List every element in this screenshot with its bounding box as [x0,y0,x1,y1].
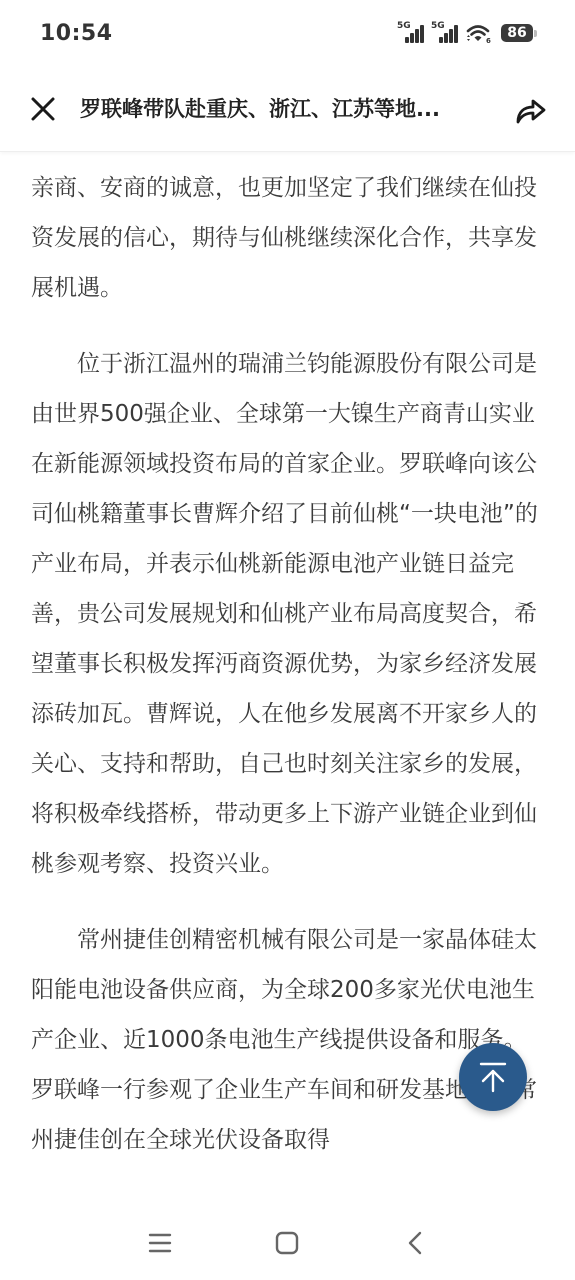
share-button[interactable] [514,94,548,126]
app-header: 罗联峰带队赴重庆、浙江、江苏等地... [0,66,575,152]
svg-text:6: 6 [486,37,491,44]
article-paragraph: 亲商、安商的诚意，也更加坚定了我们继续在仙投资发展的信心，期待与仙桃继续深化合作… [31,163,545,313]
back-to-top-button[interactable] [459,1043,527,1111]
signal-5g-icon: 5G [431,22,461,44]
close-button[interactable] [28,94,58,124]
share-icon [514,94,548,126]
menu-icon [147,1231,173,1255]
system-nav-bar [0,1210,575,1280]
battery-level: 86 [501,24,533,42]
home-button[interactable] [267,1226,307,1260]
status-bar: 10:54 5G 5G 6 [0,0,575,66]
back-button[interactable] [395,1226,435,1260]
sim2-label: 5G [431,22,445,31]
article-body: 亲商、安商的诚意，也更加坚定了我们继续在仙投资发展的信心，期待与仙桃继续深化合作… [31,152,545,1191]
status-icons: 5G 5G 6 86 [397,22,537,44]
signal-5g-icon: 5G [397,22,427,44]
wifi-icon: 6 [465,22,493,44]
back-icon [404,1230,426,1256]
sim1-label: 5G [397,22,411,31]
close-icon [28,94,58,124]
recent-apps-button[interactable] [140,1226,180,1260]
page-title: 罗联峰带队赴重庆、浙江、江苏等地... [80,92,500,126]
article-paragraph: 位于浙江温州的瑞浦兰钧能源股份有限公司是由世界500强企业、全球第一大镍生产商青… [31,339,545,889]
screen: 10:54 5G 5G 6 [0,0,575,1280]
home-icon [274,1230,300,1256]
article-paragraph: 常州捷佳创精密机械有限公司是一家晶体硅太阳能电池设备供应商，为全球200多家光伏… [31,915,545,1165]
arrow-up-to-top-icon [476,1060,510,1094]
battery-icon: 86 [501,24,537,42]
status-time: 10:54 [40,21,113,46]
